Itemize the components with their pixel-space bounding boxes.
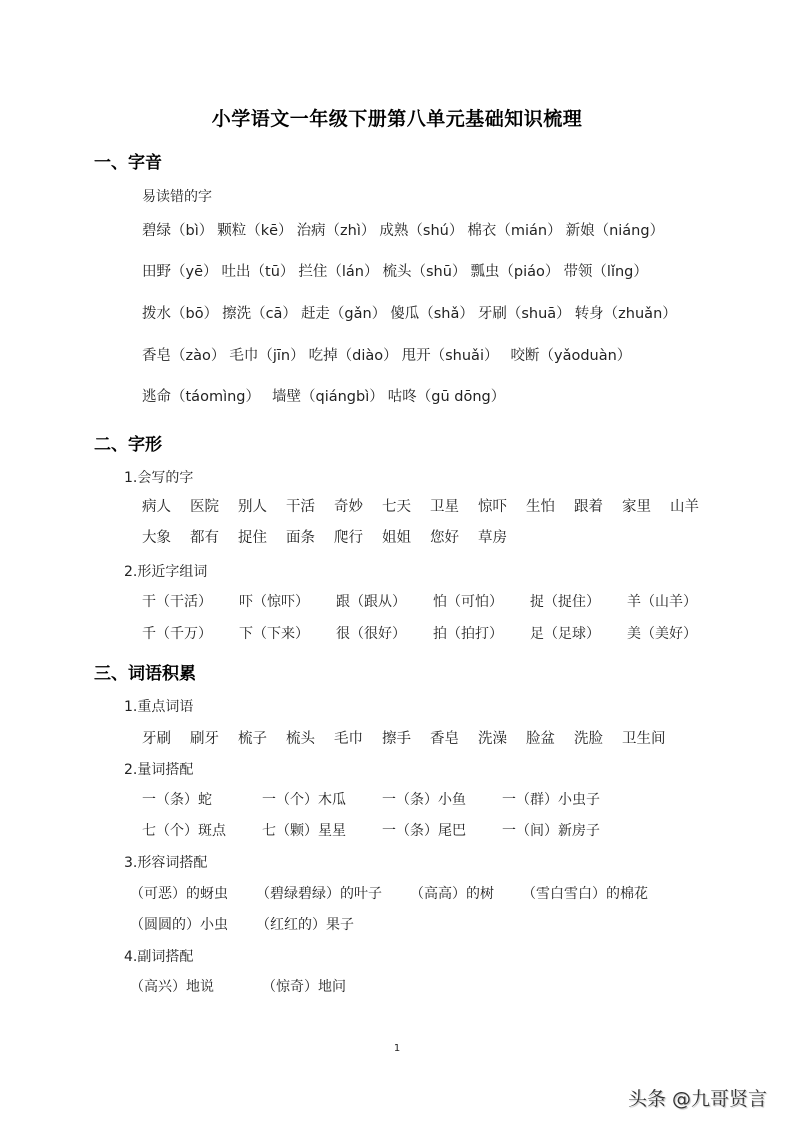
adverb-phrase: （高兴）地说: [130, 976, 214, 996]
key-words-row: 牙刷 刷牙 梳子 梳头 毛巾 擦手 香皂 洗澡 脸盆 洗脸 卫生间: [142, 727, 685, 748]
subheading-hard-to-read: 易读错的字: [142, 186, 212, 206]
subheading-similar-characters: 2.形近字组词: [124, 561, 207, 581]
word: 干活: [286, 495, 315, 516]
watermark: 头条 @九哥贤言: [628, 1084, 767, 1111]
measure-words-row-1: 一（条）蛇 一（个）木瓜 一（条）小鱼 一（群）小虫子: [142, 789, 622, 809]
measure-words-row-2: 七（个）斑点 七（颗）星星 一（条）尾巴 一（间）新房子: [142, 820, 622, 840]
word: 刷牙: [190, 727, 219, 748]
word: 洗脸: [574, 727, 603, 748]
pinyin-item: 赶走（gǎn）: [301, 302, 386, 323]
measure-phrase: 七（颗）星星: [262, 820, 382, 840]
pair: 美（美好）: [627, 623, 724, 643]
pinyin-item: 逃命（táomìng）: [142, 385, 260, 406]
pinyin-item: 拦住（lán）: [298, 260, 378, 281]
measure-phrase: 一（条）尾巴: [382, 820, 502, 840]
pinyin-item: 墙壁（qiángbì）: [272, 385, 384, 406]
pinyin-item: 吐出（tū）: [222, 260, 295, 281]
pinyin-item: 颗粒（kē）: [217, 219, 292, 240]
subheading-adverb-matching: 4.副词搭配: [124, 946, 193, 966]
section-heading-pronunciation: 一、字音: [94, 148, 162, 173]
adjective-phrase: （可恶）的蚜虫: [130, 883, 228, 903]
pair: 下（下来）: [239, 623, 336, 643]
page-number: 1: [0, 1043, 794, 1054]
measure-phrase: 一（条）蛇: [142, 789, 262, 809]
pair: 捉（捉住）: [530, 591, 627, 611]
pinyin-item: 香皂（zào）: [142, 344, 225, 365]
word: 洗澡: [478, 727, 507, 748]
word: 都有: [190, 526, 219, 547]
adverb-row: （高兴）地说 （惊奇）地问: [130, 976, 374, 996]
word: 面条: [286, 526, 315, 547]
similar-pairs-row-1: 干（干活） 吓（惊吓） 跟（跟从） 怕（可怕） 捉（捉住） 羊（山羊）: [142, 591, 724, 611]
adverb-phrase: （惊奇）地问: [262, 976, 346, 996]
adjective-phrase: （红红的）果子: [256, 914, 354, 934]
word: 医院: [190, 495, 219, 516]
word: 爬行: [334, 526, 363, 547]
pair: 千（千万）: [142, 623, 239, 643]
pinyin-item: 田野（yē）: [142, 260, 218, 281]
pinyin-item: 治病（zhì）: [297, 219, 376, 240]
pinyin-item: 瓢虫（piáo）: [470, 260, 559, 281]
word: 香皂: [430, 727, 459, 748]
similar-pairs-row-2: 千（千万） 下（下来） 很（很好） 拍（拍打） 足（足球） 美（美好）: [142, 623, 724, 643]
pinyin-row-1: 碧绿（bì） 颗粒（kē） 治病（zhì） 成熟（shú） 棉衣（mián） 新…: [142, 219, 668, 240]
word: 您好: [430, 526, 459, 547]
word: 姐姐: [382, 526, 411, 547]
word-list-row-2: 大象 都有 捉住 面条 爬行 姐姐 您好 草房: [142, 526, 526, 547]
pinyin-item: 成熟（shú）: [379, 219, 463, 240]
pair: 跟（跟从）: [336, 591, 433, 611]
adjective-phrase: （圆圆的）小虫: [130, 914, 228, 934]
word: 病人: [142, 495, 171, 516]
pair: 怕（可怕）: [433, 591, 530, 611]
word: 脸盆: [526, 727, 555, 748]
pinyin-item: 毛巾（jīn）: [229, 344, 304, 365]
pair: 很（很好）: [336, 623, 433, 643]
word: 擦手: [382, 727, 411, 748]
pinyin-item: 带领（lǐng）: [563, 260, 647, 281]
section-heading-character-form: 二、字形: [94, 430, 162, 455]
pinyin-item: 棉衣（mián）: [467, 219, 561, 240]
document-page: 小学语文一年级下册第八单元基础知识梳理 一、字音 易读错的字 碧绿（bì） 颗粒…: [0, 0, 794, 1123]
word: 梳头: [286, 727, 315, 748]
measure-phrase: 一（群）小虫子: [502, 789, 622, 809]
word: 捉住: [238, 526, 267, 547]
adjective-phrase: （高高）的树: [410, 883, 494, 903]
word: 毛巾: [334, 727, 363, 748]
word: 跟着: [574, 495, 603, 516]
page-title: 小学语文一年级下册第八单元基础知识梳理: [0, 104, 794, 131]
adjective-phrase: （碧绿碧绿）的叶子: [256, 883, 382, 903]
pinyin-row-3: 拨水（bō） 擦洗（cā） 赶走（gǎn） 傻瓜（shǎ） 牙刷（shuā） 转…: [142, 302, 681, 323]
pinyin-item: 拨水（bō）: [142, 302, 218, 323]
pinyin-item: 吃掉（diào）: [309, 344, 398, 365]
section-heading-vocabulary: 三、词语积累: [94, 659, 196, 684]
word: 惊吓: [478, 495, 507, 516]
pinyin-item: 咬断（yǎoduàn）: [510, 344, 631, 365]
word: 别人: [238, 495, 267, 516]
pinyin-item: 甩开（shuǎi）: [402, 344, 499, 365]
word: 草房: [478, 526, 507, 547]
word: 卫生间: [622, 727, 666, 748]
subheading-key-words: 1.重点词语: [124, 696, 193, 716]
measure-phrase: 七（个）斑点: [142, 820, 262, 840]
pinyin-item: 碧绿（bì）: [142, 219, 213, 240]
word: 卫星: [430, 495, 459, 516]
word: 七天: [382, 495, 411, 516]
measure-phrase: 一（个）木瓜: [262, 789, 382, 809]
pinyin-item: 擦洗（cā）: [222, 302, 297, 323]
subheading-measure-words: 2.量词搭配: [124, 759, 193, 779]
word: 梳子: [238, 727, 267, 748]
word: 家里: [622, 495, 651, 516]
pair: 吓（惊吓）: [239, 591, 336, 611]
pinyin-row-2: 田野（yē） 吐出（tū） 拦住（lán） 梳头（shū） 瓢虫（piáo） 带…: [142, 260, 652, 281]
subheading-adjective-matching: 3.形容词搭配: [124, 852, 207, 872]
pinyin-row-4: 香皂（zào） 毛巾（jīn） 吃掉（diào） 甩开（shuǎi） 咬断（yǎ…: [142, 344, 635, 365]
subheading-writable-characters: 1.会写的字: [124, 467, 193, 487]
word-list-row-1: 病人 医院 别人 干活 奇妙 七天 卫星 惊吓 生怕 跟着 家里 山羊: [142, 495, 718, 516]
adjective-phrase: （雪白雪白）的棉花: [522, 883, 648, 903]
measure-phrase: 一（条）小鱼: [382, 789, 502, 809]
pair: 羊（山羊）: [627, 591, 724, 611]
word: 生怕: [526, 495, 555, 516]
measure-phrase: 一（间）新房子: [502, 820, 622, 840]
word: 大象: [142, 526, 171, 547]
pair: 拍（拍打）: [433, 623, 530, 643]
word: 牙刷: [142, 727, 171, 748]
pinyin-item: 新娘（niáng）: [566, 219, 665, 240]
adjective-row-2: （圆圆的）小虫 （红红的）果子: [130, 914, 382, 934]
pinyin-item: 转身（zhuǎn）: [575, 302, 677, 323]
pair: 足（足球）: [530, 623, 627, 643]
pinyin-item: 梳头（shū）: [383, 260, 467, 281]
pair: 干（干活）: [142, 591, 239, 611]
pinyin-item: 牙刷（shuā）: [478, 302, 571, 323]
pinyin-row-5: 逃命（táomìng） 墙壁（qiángbì） 咕咚（gū dōng）: [142, 385, 509, 406]
pinyin-item: 傻瓜（shǎ）: [390, 302, 474, 323]
adjective-row-1: （可恶）的蚜虫 （碧绿碧绿）的叶子 （高高）的树 （雪白雪白）的棉花: [130, 883, 676, 903]
word: 奇妙: [334, 495, 363, 516]
pinyin-item: 咕咚（gū dōng）: [388, 385, 505, 406]
word: 山羊: [670, 495, 699, 516]
